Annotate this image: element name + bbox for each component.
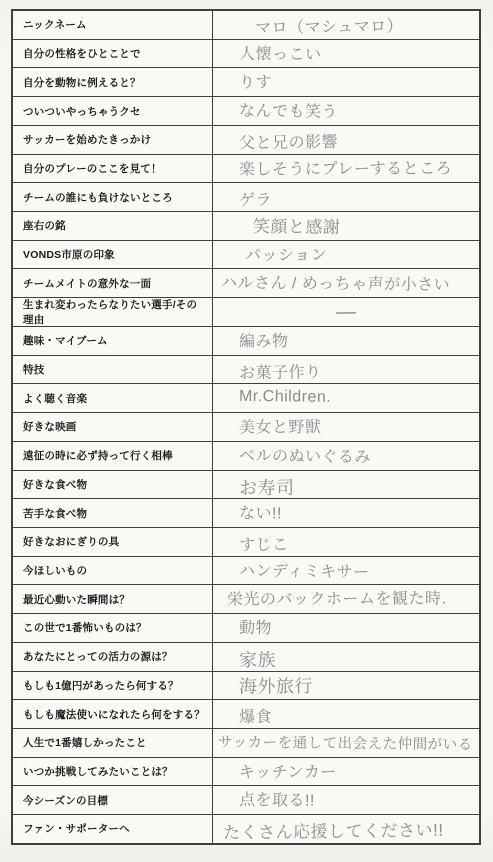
table-row: 人生で1番嬉しかったこと サッカーを通して出会えた仲間がいる [13, 728, 479, 757]
handwritten-answer: 人懐っこい [213, 38, 479, 69]
handwritten-answer: お菓子作り [213, 355, 479, 386]
table-row: チームメイトの意外な一面 ハルさん / めっちゃ声が小さい [13, 268, 479, 297]
table-row: いつか挑戦してみたいことは？ キッチンカー [13, 757, 479, 786]
handwritten-answer: キッチンカー [213, 756, 479, 785]
handwritten-answer: 楽しそうにプレーするところ [213, 153, 479, 182]
table-row: ファン・サポーターへ たくさん応援してください!! [13, 814, 479, 843]
handwritten-answer: 点を取る!! [213, 785, 479, 816]
question-label: サッカーを始めたきっかけ [13, 126, 213, 154]
table-row: 苦手な食べ物 ない!! [13, 498, 479, 527]
question-label: もしも1億円があったら何する？ [13, 672, 213, 700]
handwritten-answer: 父と兄の影響 [213, 125, 479, 156]
handwritten-answer: ハンディミキサー [213, 555, 479, 586]
handwritten-answer: なんでも笑う [213, 96, 479, 127]
question-label: ついついやっちゃうクセ [13, 97, 213, 125]
table-row: 自分の性格をひとことで 人懐っこい [13, 39, 479, 68]
question-label: チームの誰にも負けないところ [13, 183, 213, 211]
table-row: 今ほしいもの ハンディミキサー [13, 556, 479, 585]
question-label: 自分の性格をひとことで [13, 40, 213, 68]
question-label: 生まれ変わったらなりたい選手/その理由 [13, 298, 213, 326]
table-row: 自分を動物に例えると？ りす [13, 67, 479, 96]
table-row: VONDS市原の印象 パッション [13, 240, 479, 269]
table-row: ニックネーム マロ（マシュマロ） [13, 11, 479, 39]
question-label: VONDS市原の印象 [13, 241, 213, 269]
handwritten-answer: すじこ [213, 527, 479, 558]
handwritten-answer: 編み物 [213, 325, 479, 354]
question-label: 自分を動物に例えると？ [13, 68, 213, 96]
table-row: ついついやっちゃうクセ なんでも笑う [13, 96, 479, 125]
table-row: 最近心動いた瞬間は？ 栄光のバックホームを観た時. [13, 584, 479, 613]
scanned-questionnaire-page: ニックネーム マロ（マシュマロ） 自分の性格をひとことで 人懐っこい 自分を動物… [0, 0, 493, 862]
question-label: 遠征の時に必ず持って行く相棒 [13, 442, 213, 470]
handwritten-answer: ベルのぬいぐるみ [213, 440, 479, 471]
table-row: 特技 お菓子作り [13, 355, 479, 384]
table-row: この世で1番怖いものは？ 動物 [13, 613, 479, 642]
question-label: 自分のプレーのここを見て！ [13, 155, 213, 183]
table-row: チームの誰にも負けないところ ゲラ [13, 182, 479, 211]
table-row: もしも1億円があったら何する？ 海外旅行 [13, 671, 479, 700]
table-row: もしも魔法使いになれたら何をする？ 爆食 [13, 699, 479, 728]
table-row: 趣味・マイブーム 編み物 [13, 326, 479, 355]
table-row: あなたにとっての活力の源は？ 家族 [13, 642, 479, 671]
table-row: 自分のプレーのここを見て！ 楽しそうにプレーするところ [13, 154, 479, 183]
question-label: よく聴く音楽 [13, 384, 213, 412]
question-label: 好きな映画 [13, 413, 213, 441]
question-label: この世で1番怖いものは？ [13, 614, 213, 642]
question-label: あなたにとっての活力の源は？ [13, 643, 213, 671]
question-label: 苦手な食べ物 [13, 499, 213, 527]
question-label: 今ほしいもの [13, 557, 213, 585]
table-row: 今シーズンの目標 点を取る!! [13, 785, 479, 814]
handwritten-answer: 栄光のバックホームを観た時. [213, 584, 479, 613]
question-label: 趣味・マイブーム [13, 327, 213, 355]
question-label: チームメイトの意外な一面 [13, 269, 213, 297]
question-label: 今シーズンの目標 [13, 786, 213, 814]
handwritten-answer: ゲラ [213, 183, 479, 214]
handwritten-answer: お寿司 [213, 470, 479, 501]
question-label: いつか挑戦してみたいことは？ [13, 758, 213, 786]
question-label: 特技 [13, 356, 213, 384]
table-row: 好きな食べ物 お寿司 [13, 470, 479, 499]
table-row: 座右の銘 笑顔と感謝 [13, 211, 479, 240]
handwritten-answer: ハルさん / めっちゃ声が小さい [213, 268, 479, 299]
handwritten-answer: Mr.Children. [213, 383, 479, 414]
table-row: 遠征の時に必ず持って行く相棒 ベルのぬいぐるみ [13, 441, 479, 470]
table-row: 生まれ変わったらなりたい選手/その理由 — [13, 297, 479, 326]
table-row: サッカーを始めたきっかけ 父と兄の影響 [13, 125, 479, 154]
handwritten-answer: 笑顔と感謝 [213, 211, 479, 242]
handwritten-answer: 家族 [213, 642, 479, 673]
handwritten-answer: ない!! [213, 498, 479, 527]
question-label: 座右の銘 [13, 212, 213, 240]
question-label: 好きなおにぎりの具 [13, 528, 213, 556]
question-label: ニックネーム [13, 11, 213, 39]
handwritten-answer: 爆食 [213, 700, 479, 731]
handwritten-answer: りす [213, 67, 479, 96]
handwritten-answer: たくさん応援してください!! [213, 815, 479, 846]
table-row: 好きな映画 美女と野獣 [13, 412, 479, 441]
table-row: 好きなおにぎりの具 すじこ [13, 527, 479, 556]
questionnaire-table: ニックネーム マロ（マシュマロ） 自分の性格をひとことで 人懐っこい 自分を動物… [11, 9, 481, 845]
question-label: 最近心動いた瞬間は？ [13, 585, 213, 613]
question-label: ファン・サポーターへ [13, 815, 213, 843]
handwritten-answer: — [213, 298, 479, 329]
question-label: 好きな食べ物 [13, 471, 213, 499]
handwritten-answer: パッション [213, 239, 479, 268]
handwritten-answer: マロ（マシュマロ） [213, 10, 479, 41]
handwritten-answer: 動物 [213, 613, 479, 644]
handwritten-answer: 美女と野獣 [213, 411, 479, 440]
question-label: 人生で1番嬉しかったこと [13, 729, 213, 757]
table-row: よく聴く音楽 Mr.Children. [13, 383, 479, 412]
handwritten-answer: 海外旅行 [213, 670, 479, 699]
handwritten-answer: サッカーを通して出会えた仲間がいる [213, 728, 479, 759]
question-label: もしも魔法使いになれたら何をする？ [13, 700, 213, 728]
